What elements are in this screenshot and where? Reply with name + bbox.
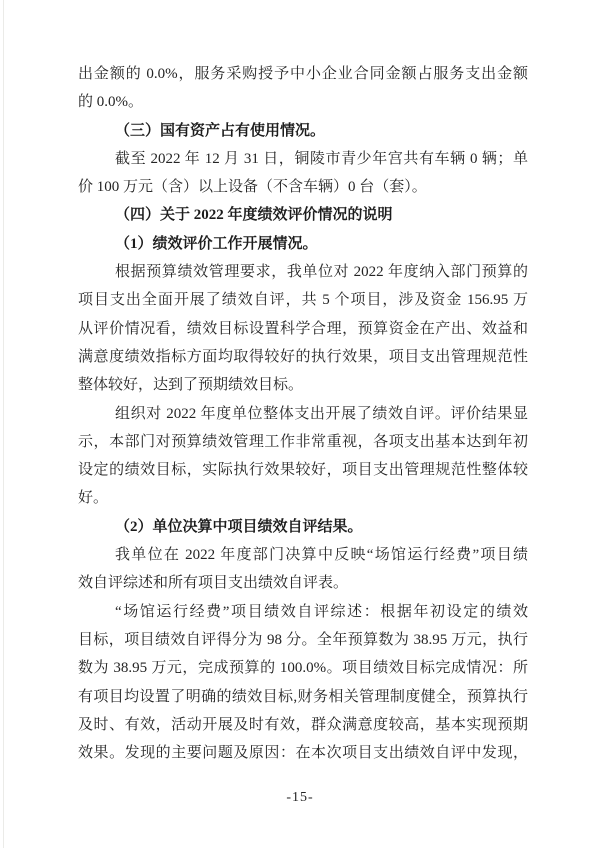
text-line: “场馆运行经费”项目绩效自评综述：根据年初设定的绩效: [78, 598, 528, 626]
page-number: -15-: [0, 790, 600, 806]
heading-line: （1）绩效评价工作开展情况。: [78, 230, 528, 258]
heading-line: （三）国有资产占有使用情况。: [78, 117, 528, 145]
text-line: 截至 2022 年 12 月 31 日，铜陵市青少年宫共有车辆 0 辆；单: [78, 145, 528, 173]
text-line: 项目支出全面开展了绩效自评，共 5 个项目，涉及资金 156.95 万元。: [78, 286, 528, 314]
heading-line: （四）关于 2022 年度绩效评价情况的说明: [78, 201, 528, 229]
text-line: 从评价情况看，绩效目标设置科学合理，预算资金在产出、效益和: [78, 315, 528, 343]
text-line: 设定的绩效目标，实际执行效果较好，项目支出管理规范性整体较: [78, 456, 528, 484]
text-line: 我单位在 2022 年度部门决算中反映“场馆运行经费”项目绩: [78, 541, 528, 569]
text-line: 满意度绩效指标方面均取得较好的执行效果，项目支出管理规范性: [78, 343, 528, 371]
text-line: 数为 38.95 万元，完成预算的 100.0%。项目绩效目标完成情况：所: [78, 654, 528, 682]
text-line: 出金额的 0.0%，服务采购授予中小企业合同金额占服务支出金额: [78, 60, 528, 88]
scan-edge-line: [3, 0, 4, 848]
heading-line: （2）单位决算中项目绩效自评结果。: [78, 513, 528, 541]
text-line: 及时、有效，活动开展及时有效，群众满意度较高，基本实现预期: [78, 711, 528, 739]
text-line: 示，本部门对预算绩效管理工作非常重视，各项支出基本达到年初: [78, 428, 528, 456]
document-lines: 出金额的 0.0%，服务采购授予中小企业合同金额占服务支出金额的 0.0%。（三…: [78, 60, 528, 767]
text-line: 效自评综述和所有项目支出绩效自评表。: [78, 569, 528, 597]
text-line: 有项目均设置了明确的绩效目标,财务相关管理制度健全，预算执行: [78, 683, 528, 711]
text-line: 整体较好，达到了预期绩效目标。: [78, 371, 528, 399]
text-line: 目标，项目绩效自评得分为 98 分。全年预算数为 38.95 万元，执行: [78, 626, 528, 654]
text-line: 价 100 万元（含）以上设备（不含车辆）0 台（套）。: [78, 173, 528, 201]
document-page: 出金额的 0.0%，服务采购授予中小企业合同金额占服务支出金额的 0.0%。（三…: [0, 0, 600, 848]
text-line: 效果。发现的主要问题及原因：在本次项目支出绩效自评中发现，: [78, 739, 528, 767]
text-line: 组织对 2022 年度单位整体支出开展了绩效自评。评价结果显: [78, 400, 528, 428]
text-line: 根据预算绩效管理要求，我单位对 2022 年度纳入部门预算的: [78, 258, 528, 286]
text-line: 的 0.0%。: [78, 88, 528, 116]
text-line: 好。: [78, 484, 528, 512]
